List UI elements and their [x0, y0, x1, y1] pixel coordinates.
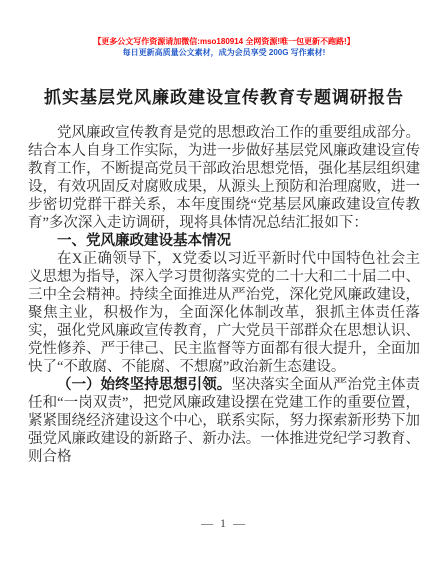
document-body: 党风廉政宣传教育是党的思想政治工作的重要组成部分。结合本人自身工作实际，为进一步… — [28, 124, 420, 466]
paragraph-subsection: （一）始终坚持思想引领。坚决落实全面从严治党主体责任和“一岗双责”，把党风廉政建… — [28, 376, 420, 466]
document-title: 抓实基层党风廉政建设宣传教育专题调研报告 — [20, 86, 428, 110]
page-number: — 1 — — [0, 516, 448, 531]
promo-banner: 【更多公文写作资源请加微信:mso180914 全网资源!唯一包更新不跑路!】 … — [0, 0, 448, 58]
promo-line-2: 每日更新高质量公文素材，成为会员享受 200G 写作素材! — [0, 47, 448, 58]
paragraph-intro: 党风廉政宣传教育是党的思想政治工作的重要组成部分。结合本人自身工作实际，为进一步… — [28, 124, 420, 232]
document-page: 【更多公文写作资源请加微信:mso180914 全网资源!唯一包更新不跑路!】 … — [0, 0, 448, 580]
subsection-lead: （一）始终坚持思想引领。 — [57, 377, 231, 393]
promo-line-1: 【更多公文写作资源请加微信:mso180914 全网资源!唯一包更新不跑路!】 — [0, 36, 448, 47]
section-heading: 一、党风廉政建设基本情况 — [28, 232, 420, 250]
paragraph-overview: 在X正确领导下，X党委以习近平新时代中国特色社会主义思想为指导，深入学习贯彻落实… — [28, 250, 420, 376]
